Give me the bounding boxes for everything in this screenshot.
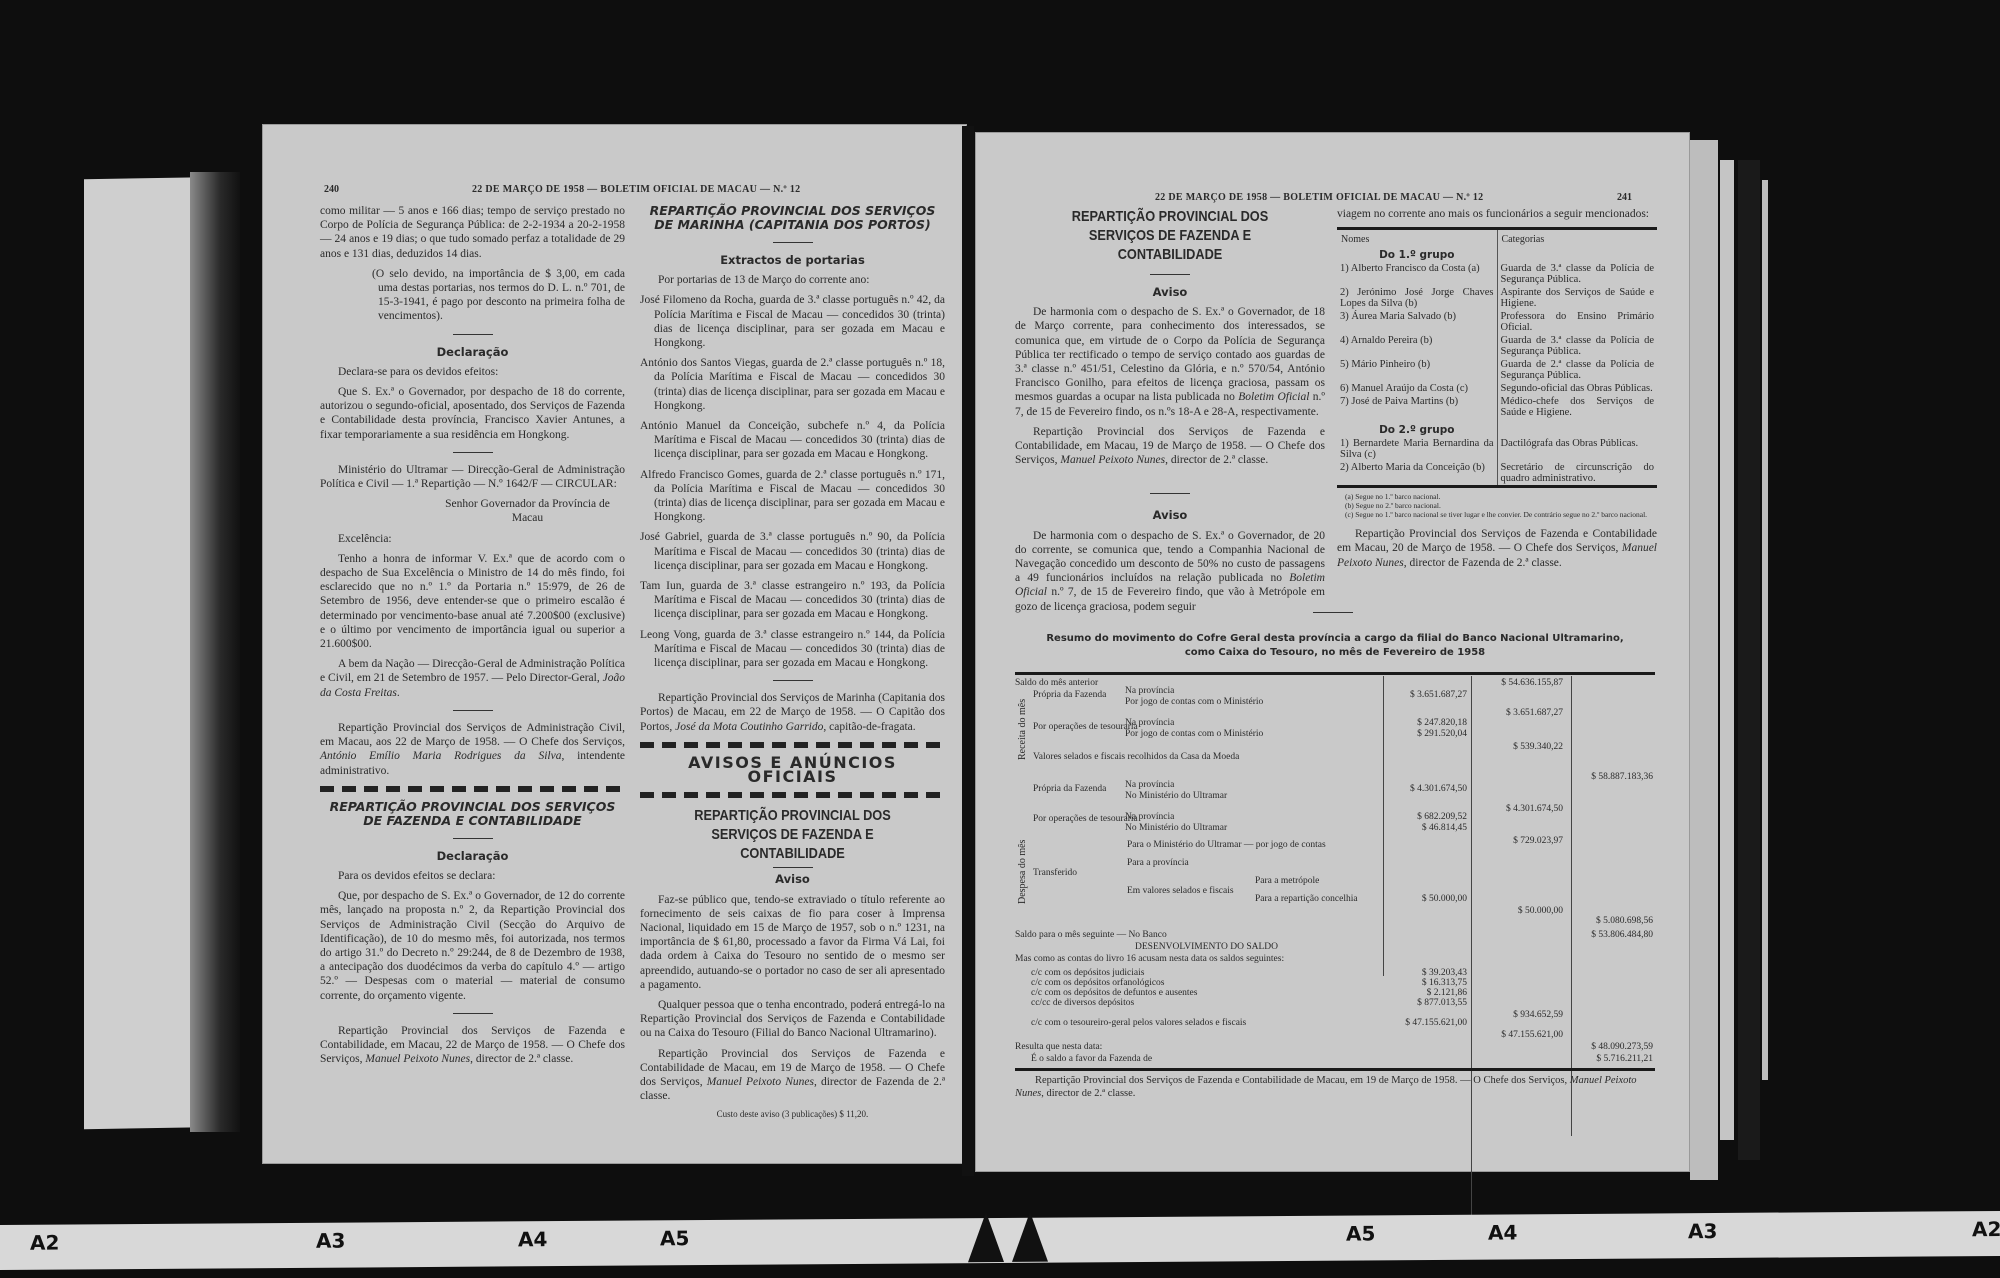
page-number: 240	[324, 184, 339, 195]
paragraph: Para os devidos efeitos se declara:	[320, 869, 625, 883]
section-title: Aviso	[1015, 285, 1325, 299]
portaria-entry: António Manuel da Conceição, subchefe n.…	[640, 419, 945, 462]
footnotes: (a) Segue no 1.º barco nacional. (b) Seg…	[1337, 488, 1657, 519]
section-title: REPARTIÇÃO PROVINCIAL DOS SERVIÇOS DE MA…	[640, 204, 945, 232]
center-marker-right-icon	[1012, 1212, 1048, 1262]
paragraph: Que, por despacho de S. Ex.ª o Governado…	[320, 889, 625, 1003]
cost-note: Custo deste aviso (3 publicações) $ 11,2…	[640, 1109, 945, 1120]
ruler-mark: A5	[1346, 1221, 1375, 1245]
section-title: Aviso	[640, 872, 945, 886]
paragraph: De harmonia com o despacho de S. Ex.ª o …	[1015, 305, 1325, 419]
ruler-mark: A3	[316, 1229, 345, 1253]
table-header-row: Nomes Categorias	[1337, 230, 1657, 249]
table-row: 7) José de Paiva Martins (b)Médico-chefe…	[1337, 395, 1657, 419]
divider	[1150, 493, 1190, 494]
paragraph: Por portarias de 13 de Março do corrente…	[640, 273, 945, 287]
right-page-edges	[1690, 140, 1780, 1180]
receita-total: $ 58.887.183,36	[1575, 772, 1653, 783]
right-column-1: REPARTIÇÃO PROVINCIAL DOS SERVIÇOS DE FA…	[1015, 207, 1325, 620]
paragraph: Tenho a honra de informar V. Ex.ª que de…	[320, 552, 625, 651]
table-row: 2) Alberto Maria da Conceição (b)Secretá…	[1337, 461, 1657, 485]
section-title: Declaração	[320, 849, 625, 863]
table-row: 2) Jerónimo José Jorge Chaves Lopes da S…	[1337, 286, 1657, 310]
addressee: Senhor Governador da Província de Macau	[320, 497, 625, 525]
paragraph: como militar — 5 anos e 166 dias; tempo …	[320, 204, 625, 261]
divider	[1313, 612, 1353, 613]
resumo-title: Resumo do movimento do Cofre Geral desta…	[1035, 632, 1635, 660]
table-row: 4) Arnaldo Pereira (b)Guarda de 3.ª clas…	[1337, 334, 1657, 358]
page-number: 241	[1617, 192, 1632, 203]
ornamental-divider	[640, 742, 945, 748]
portaria-entry: Alfredo Francisco Gomes, guarda de 2.ª c…	[640, 468, 945, 525]
ruler-mark: A3	[1688, 1219, 1717, 1243]
divider	[453, 452, 493, 453]
signature-block: A bem da Nação — Direcção-Geral de Admin…	[320, 657, 625, 700]
signatory-name: Manuel Peixoto Nunes	[1060, 454, 1165, 466]
circular-heading: Ministério do Ultramar — Direcção-Geral …	[320, 463, 625, 491]
saldo-favor: $ 5.716.211,21	[1575, 1054, 1653, 1065]
left-column-1: como militar — 5 anos e 166 dias; tempo …	[320, 204, 625, 1072]
divider	[773, 867, 813, 868]
funcionarios-table: Nomes Categorias Do 1.º grupo 1) Alberto…	[1337, 230, 1657, 485]
divider	[453, 1013, 493, 1014]
table-row: 6) Manuel Araújo da Costa (c)Segundo-ofi…	[1337, 382, 1657, 395]
paragraph: Qualquer pessoa que o tenha encontrado, …	[640, 998, 945, 1041]
table-row: 5) Mário Pinheiro (b)Guarda de 2.ª class…	[1337, 358, 1657, 382]
ornamental-divider	[320, 786, 625, 792]
ruler-mark: A4	[1488, 1220, 1517, 1244]
receita-label: Receita do mês	[1017, 699, 1028, 760]
avisos-banner: AVISOS E ANÚNCIOS OFICIAIS	[640, 756, 945, 784]
ruler-mark: A2	[1972, 1217, 2000, 1241]
table-row: 3) Áurea Maria Salvado (b)Professora do …	[1337, 310, 1657, 334]
signatory-name: José da Mota Coutinho Garrido	[675, 721, 823, 733]
paragraph: Faz-se público que, tendo-se extraviado …	[640, 893, 945, 992]
despesa-total: $ 5.080.698,56	[1575, 916, 1653, 927]
section-title: REPARTIÇÃO PROVINCIAL DOS SERVIÇOS DE FA…	[1038, 207, 1302, 264]
table-rule	[1015, 672, 1655, 675]
cofre-geral-summary: Receita do mês Despesa do mês Saldo do m…	[1015, 672, 1655, 1192]
running-header: 22 DE MARÇO DE 1958 — BOLETIM OFICIAL DE…	[472, 184, 800, 195]
column-header: Categorias	[1497, 230, 1657, 249]
ornamental-divider	[640, 792, 945, 798]
left-page: 240 22 DE MARÇO DE 1958 — BOLETIM OFICIA…	[262, 124, 967, 1164]
left-column-2: REPARTIÇÃO PROVINCIAL DOS SERVIÇOS DE MA…	[640, 204, 945, 1126]
divider	[773, 242, 813, 243]
section-title: Aviso	[1015, 508, 1325, 522]
ruler-mark: A4	[518, 1227, 547, 1251]
signature-block: Repartição Provincial dos Serviços de Ad…	[320, 721, 625, 778]
table-row: 1) Alberto Francisco da Costa (a)Guarda …	[1337, 262, 1657, 286]
divider	[773, 680, 813, 681]
signature-block: Repartição Provincial dos Serviços de Fa…	[1337, 527, 1657, 570]
portaria-entry: Leong Vong, guarda de 3.ª classe estrang…	[640, 628, 945, 671]
signature-block: Repartição Provincial dos Serviços de Fa…	[320, 1024, 625, 1067]
signatory-name: António Emílio Maria Rodrigues da Silva	[320, 750, 561, 762]
signature-block: Repartição Provincial dos Serviços de Ma…	[640, 691, 945, 734]
group-label: Do 2.º grupo	[1337, 419, 1497, 437]
despesa-label: Despesa do mês	[1017, 840, 1028, 904]
portaria-entry: José Filomeno da Rocha, guarda de 3.ª cl…	[640, 293, 945, 350]
group-label: Do 1.º grupo	[1337, 249, 1497, 262]
divider	[1150, 274, 1190, 275]
binding-shadow	[190, 172, 240, 1132]
portaria-entry: Tam Iun, guarda de 3.ª classe estrangeir…	[640, 579, 945, 622]
paragraph: viagem no corrente ano mais os funcionár…	[1337, 207, 1657, 221]
microfilm-ruler: A2 A3 A4 A5 A5 A4 A3 A2	[0, 1211, 2000, 1270]
paragraph: Declara-se para os devidos efeitos:	[320, 365, 625, 379]
paragraph: Que S. Ex.ª o Governador, por despacho d…	[320, 385, 625, 442]
ruler-mark: A2	[30, 1231, 59, 1255]
center-marker-left-icon	[968, 1212, 1004, 1262]
portaria-entry: António dos Santos Viegas, guarda de 2.ª…	[640, 356, 945, 413]
signatory-name: Manuel Peixoto Nunes	[365, 1053, 470, 1065]
signature-block: Repartição Provincial dos Serviços de Fa…	[640, 1047, 945, 1104]
signature-block: Repartição Provincial dos Serviços de Fa…	[1015, 425, 1325, 468]
signatory-name: Manuel Peixoto Nunes	[707, 1076, 814, 1088]
table-row: 1) Bernardete Maria Bernardina da Silva …	[1337, 437, 1657, 461]
saldo-seguinte: $ 53.806.484,80	[1575, 930, 1653, 941]
ruler-mark: A5	[660, 1226, 689, 1250]
table-rule	[1015, 1068, 1655, 1071]
section-title: REPARTIÇÃO PROVINCIAL DOS SERVIÇOS DE FA…	[320, 800, 625, 828]
section-title: Extractos de portarias	[640, 253, 945, 267]
right-page: 22 DE MARÇO DE 1958 — BOLETIM OFICIAL DE…	[975, 132, 1690, 1172]
paragraph: De harmonia com o despacho de S. Ex.ª o …	[1015, 529, 1325, 614]
column-header: Nomes	[1337, 230, 1497, 249]
page-gutter	[962, 126, 974, 1176]
section-title: Declaração	[320, 345, 625, 359]
portaria-entry: José Gabriel, guarda de 3.ª classe portu…	[640, 530, 945, 573]
section-title: REPARTIÇÃO PROVINCIAL DOS SERVIÇOS DE FA…	[663, 806, 922, 863]
running-header: 22 DE MARÇO DE 1958 — BOLETIM OFICIAL DE…	[1155, 192, 1483, 203]
divider	[453, 710, 493, 711]
right-column-2: viagem no corrente ano mais os funcionár…	[1337, 207, 1657, 576]
signature-block: Repartição Provincial dos Serviços de Fa…	[1015, 1074, 1655, 1100]
divider	[453, 838, 493, 839]
divider	[453, 334, 493, 335]
selo-note: (O selo devido, na importância de $ 3,00…	[320, 267, 625, 324]
salutation: Excelência:	[320, 532, 625, 546]
